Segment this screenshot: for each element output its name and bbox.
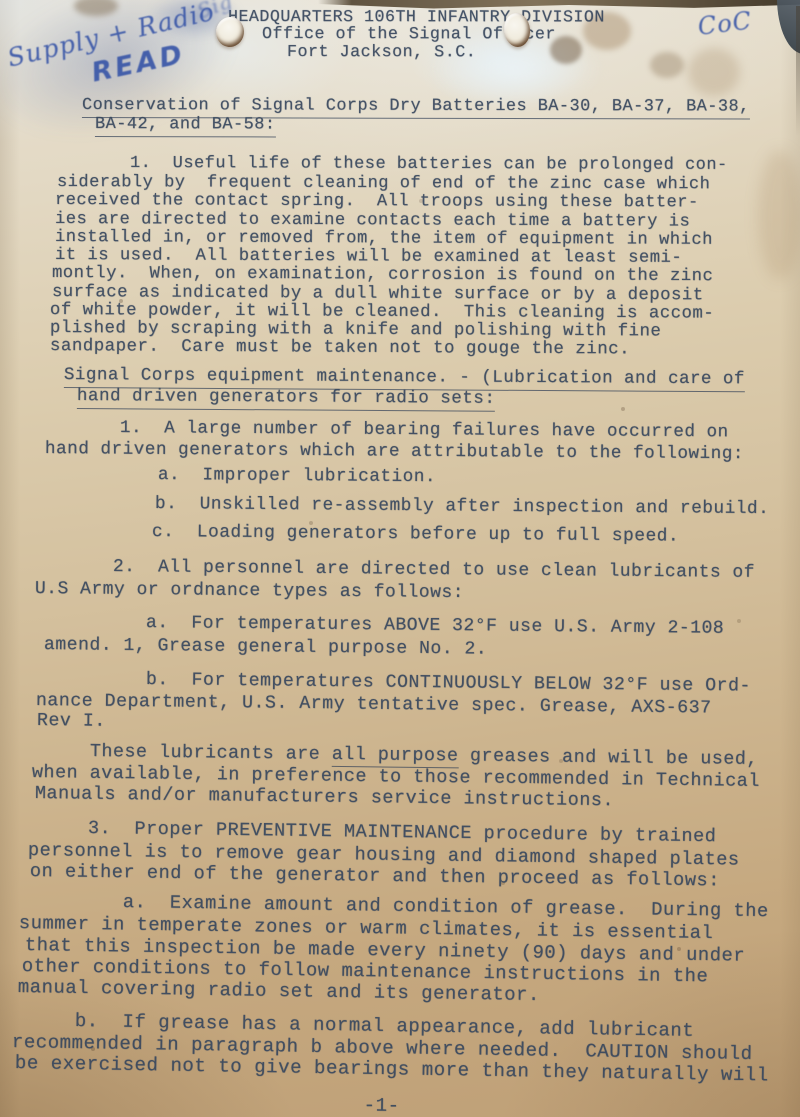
annotation-coc: CoC — [696, 7, 753, 41]
handwritten-ink-layer: Supply + RadioSigREADCoC — [0, 0, 800, 1117]
page-number: -1- — [339, 1077, 400, 1116]
